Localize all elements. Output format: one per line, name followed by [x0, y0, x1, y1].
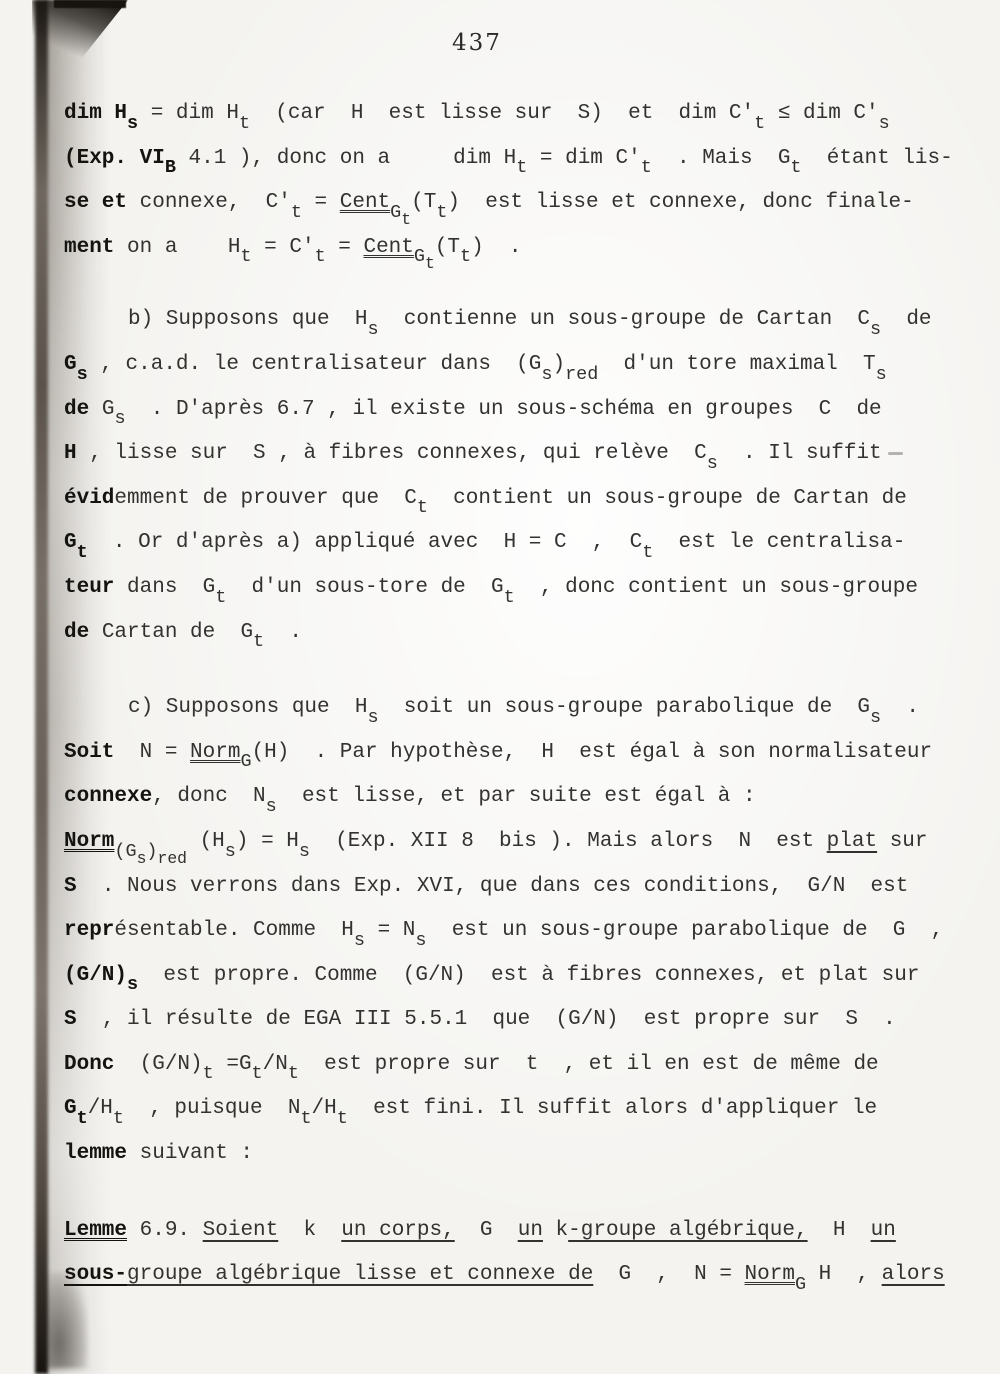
text-segment: =	[326, 236, 364, 259]
text-segment: .	[881, 696, 919, 719]
text-segment: sur	[877, 830, 927, 853]
text-segment: t	[315, 246, 326, 267]
text-segment: ) .	[471, 236, 521, 259]
text-segment: d'un sous-tore de G	[226, 576, 503, 599]
text-segment: . Il suffit	[718, 442, 882, 465]
text-segment: . Or d'après a) appliqué avec H = C , C	[88, 531, 643, 554]
text-segment: . Mais G	[652, 147, 791, 170]
text-segment: s	[354, 930, 365, 951]
text-segment: (G	[114, 841, 136, 862]
text-segment: Soient	[203, 1219, 279, 1242]
text-segment: =G	[214, 1053, 252, 1076]
text-segment: ≤ dim C'	[765, 102, 878, 125]
text-segment: est fini. Il suffit alors d'appliquer le	[348, 1097, 877, 1120]
text-segment: (G/N)	[64, 964, 127, 987]
text-segment: repr	[64, 919, 114, 942]
text-line: Lemme 6.9. Soient k un corps, G un k-gro…	[64, 1209, 980, 1254]
text-segment: Cartan de G	[89, 621, 253, 644]
text-segment: t	[291, 202, 302, 223]
text-segment: est lisse, et par suite est égal à :	[277, 785, 756, 808]
text-segment: B	[165, 157, 176, 178]
text-segment: t	[516, 157, 527, 178]
text-segment: = dim C'	[527, 147, 640, 170]
text-segment: b) Supposons que H	[128, 308, 367, 331]
text-line: se et connexe, C't = CentGt(Tt) est liss…	[64, 181, 980, 226]
text-segment: s	[266, 796, 277, 817]
text-line: dim Hs = dim Ht (car H est lisse sur S) …	[64, 92, 980, 137]
text-segment: (car H est lisse sur S) et dim C'	[250, 102, 754, 125]
text-segment: t	[401, 210, 411, 229]
text-segment: G	[414, 246, 425, 267]
text-segment: sous-	[64, 1263, 127, 1286]
text-segment: contient un sous-groupe de Cartan de	[428, 487, 907, 510]
text-segment: s	[541, 364, 552, 385]
text-segment: t	[252, 1063, 263, 1084]
text-segment: G	[390, 202, 401, 223]
text-segment: t	[203, 1063, 214, 1084]
text-line: représentable. Comme Hs = Ns est un sous…	[64, 909, 980, 954]
text-segment: t	[77, 1108, 88, 1129]
text-segment: un corps,	[341, 1219, 454, 1242]
text-line: de Cartan de Gt .	[64, 611, 980, 656]
text-segment: Lemme	[64, 1219, 127, 1242]
scan-shadow-top-bar	[54, 0, 126, 8]
text-segment: s	[367, 319, 378, 340]
text-segment: t	[253, 631, 264, 652]
text-segment: t	[239, 113, 250, 134]
text-line: Gt . Or d'après a) appliqué avec H = C ,…	[64, 521, 980, 566]
text-segment: t	[337, 1108, 348, 1129]
text-segment: H	[64, 442, 77, 465]
text-segment: évid	[64, 487, 114, 510]
text-segment: s	[127, 113, 138, 134]
text-segment: (T	[435, 236, 460, 259]
text-segment: . D'après 6.7 , il existe un sous-schéma…	[126, 398, 882, 421]
text-segment: S	[64, 1008, 77, 1031]
text-segment: teur	[64, 576, 114, 599]
text-segment: s	[299, 841, 310, 862]
text-segment: t	[754, 113, 765, 134]
text-segment: /N	[263, 1053, 288, 1076]
text-segment: Donc	[64, 1053, 114, 1076]
text-segment: t	[504, 587, 515, 608]
text-segment: -groupe algébrique,	[568, 1219, 807, 1242]
text-line: sous-groupe algébrique lisse et connexe …	[64, 1253, 980, 1298]
text-segment: (Exp. XII 8 bis ). Mais alors N est	[310, 830, 827, 853]
scan-shadow-top-wedge	[32, 0, 128, 58]
text-segment: , donc contient un sous-groupe	[515, 576, 918, 599]
text-line: H , lisse sur S , à fibres connexes, qui…	[64, 432, 980, 477]
text-segment: t	[460, 246, 471, 267]
text-line: évidemment de prouver que Ct contient un…	[64, 477, 980, 522]
text-segment: s	[367, 707, 378, 728]
text-segment: dans G	[114, 576, 215, 599]
text-segment: s	[870, 707, 881, 728]
text-segment: k	[278, 1219, 341, 1242]
text-segment: G	[455, 1219, 518, 1242]
text-segment: plat	[827, 830, 877, 853]
text-segment: G	[795, 1274, 806, 1295]
text-segment: contienne un sous-groupe de Cartan C	[379, 308, 870, 331]
text-segment: Cent	[363, 236, 413, 259]
text-segment: 6.9.	[127, 1219, 203, 1242]
text-segment: s	[114, 408, 125, 429]
text-segment: c) Supposons que H	[128, 696, 367, 719]
page-text: dim Hs = dim Ht (car H est lisse sur S) …	[64, 92, 980, 1298]
text-segment: ésentable. Comme H	[114, 919, 353, 942]
text-segment: ment	[64, 236, 114, 259]
text-segment: Norm	[745, 1263, 795, 1286]
text-segment: (T	[411, 191, 436, 214]
text-segment: de	[64, 398, 89, 421]
text-segment: s	[137, 849, 147, 868]
text-segment: , donc N	[152, 785, 265, 808]
text-segment: on a H	[114, 236, 240, 259]
text-segment: de	[881, 308, 931, 331]
text-line: S . Nous verrons dans Exp. XVI, que dans…	[64, 865, 980, 910]
text-segment: s	[870, 319, 881, 340]
text-segment: G , N =	[593, 1263, 744, 1286]
text-segment: red	[158, 849, 187, 868]
text-segment: t	[642, 542, 653, 563]
text-segment: dim H	[64, 102, 127, 125]
text-segment: = C'	[252, 236, 315, 259]
text-segment: H	[808, 1219, 871, 1242]
text-line: S , il résulte de EGA III 5.5.1 que (G/N…	[64, 998, 980, 1043]
text-segment: un	[871, 1219, 896, 1242]
text-segment: G	[89, 398, 114, 421]
text-segment: suivant :	[127, 1142, 253, 1165]
text-segment: , puisque N	[124, 1097, 300, 1120]
text-segment: , lisse sur S , à fibres connexes, qui r…	[77, 442, 707, 465]
text-line: teur dans Gt d'un sous-tore de Gt , donc…	[64, 566, 980, 611]
scanned-paper-page: 437 dim Hs = dim Ht (car H est lisse sur…	[0, 0, 1000, 1374]
text-line: Norm(Gs)red (Hs) = Hs (Exp. XII 8 bis ).…	[64, 820, 980, 865]
text-segment: G	[64, 353, 77, 376]
text-segment: k	[543, 1219, 568, 1242]
text-segment: Norm	[64, 830, 114, 853]
text-segment: un	[518, 1219, 543, 1242]
text-line: Gt/Ht , puisque Nt/Ht est fini. Il suffi…	[64, 1087, 980, 1132]
text-segment: t	[113, 1108, 124, 1129]
text-segment: s	[707, 453, 718, 474]
text-segment: , il résulte de EGA III 5.5.1 que (G/N) …	[77, 1008, 896, 1031]
text-segment: s	[77, 364, 88, 385]
text-segment: s	[225, 841, 236, 862]
text-segment: = N	[365, 919, 415, 942]
text-segment: t	[240, 246, 251, 267]
text-line: connexe, donc Ns est lisse, et par suite…	[64, 775, 980, 820]
text-segment: d'un tore maximal T	[598, 353, 875, 376]
text-segment: N =	[114, 741, 190, 764]
text-line: lemme suivant :	[64, 1132, 980, 1177]
text-segment: s	[879, 113, 890, 134]
text-segment: t	[425, 254, 435, 273]
text-segment: est propre. Comme (G/N) est à fibres con…	[138, 964, 919, 987]
text-segment: s	[415, 930, 426, 951]
text-segment: Cent	[340, 191, 390, 214]
text-line: (G/N)s est propre. Comme (G/N) est à fib…	[64, 954, 980, 999]
text-segment: alors	[882, 1263, 945, 1286]
text-segment: )	[146, 841, 157, 862]
text-segment: soit un sous-groupe parabolique de G	[379, 696, 870, 719]
text-segment: emment de prouver que C	[114, 487, 416, 510]
text-segment: t	[436, 202, 447, 223]
text-segment: lemme	[64, 1142, 127, 1165]
text-segment: . Nous verrons dans Exp. XVI, que dans c…	[77, 875, 909, 898]
text-line: ment on a Ht = C't = CentGt(Tt) .	[64, 226, 980, 271]
text-segment: 4.1 ), donc on a dim H	[176, 147, 516, 170]
text-segment: Soit	[64, 741, 114, 764]
text-segment: G	[64, 531, 77, 554]
text-segment: ) est lisse et connexe, donc finale-	[447, 191, 913, 214]
text-line: Donc (G/N)t =Gt/Nt est propre sur t , et…	[64, 1043, 980, 1088]
text-segment: connexe, C'	[127, 191, 291, 214]
text-segment: de	[64, 621, 89, 644]
text-segment: s	[127, 974, 138, 995]
text-segment: s	[876, 364, 887, 385]
text-segment: /H	[312, 1097, 337, 1120]
text-segment: )	[552, 353, 565, 376]
text-segment: (G/N)	[114, 1053, 202, 1076]
text-segment: est un sous-groupe parabolique de G ,	[426, 919, 943, 942]
text-segment: =	[302, 191, 340, 214]
text-segment: t	[77, 542, 88, 563]
text-segment: t	[790, 157, 801, 178]
text-segment: est propre sur t , et il en est de même …	[299, 1053, 879, 1076]
text-segment: (H) . Par hypothèse, H est égal à son no…	[252, 741, 933, 764]
text-segment: (Exp. VI	[64, 147, 165, 170]
text-segment: connexe	[64, 785, 152, 808]
text-segment: t	[641, 157, 652, 178]
text-segment: t	[300, 1108, 311, 1129]
text-line: Soit N = NormG(H) . Par hypothèse, H est…	[64, 731, 980, 776]
text-segment: H ,	[806, 1263, 882, 1286]
text-segment: t	[417, 497, 428, 518]
text-line: b) Supposons que Hs contienne un sous-gr…	[64, 298, 980, 343]
text-segment: ) = H	[236, 830, 299, 853]
text-segment: S	[64, 875, 77, 898]
text-segment: , c.a.d. le centralisateur dans (G	[88, 353, 542, 376]
text-segment: (H	[187, 830, 225, 853]
text-segment: t	[215, 587, 226, 608]
text-segment: groupe algébrique lisse et connexe de	[127, 1263, 593, 1286]
text-segment: étant lis-	[802, 147, 953, 170]
text-segment: = dim H	[138, 102, 239, 125]
text-line: (Exp. VIB 4.1 ), donc on a dim Ht = dim …	[64, 137, 980, 182]
text-segment: Norm	[190, 741, 240, 764]
text-line: c) Supposons que Hs soit un sous-groupe …	[64, 686, 980, 731]
text-segment: se et	[64, 191, 127, 214]
text-segment: red	[565, 364, 598, 385]
scan-shadow-left-core	[35, 0, 48, 1374]
text-segment: G	[64, 1097, 77, 1120]
text-line: de Gs . D'après 6.7 , il existe un sous-…	[64, 388, 980, 433]
text-segment: G	[240, 751, 251, 772]
text-segment: t	[288, 1063, 299, 1084]
text-segment: /H	[88, 1097, 113, 1120]
text-line: Gs , c.a.d. le centralisateur dans (Gs)r…	[64, 343, 980, 388]
page-number: 437	[452, 30, 502, 56]
text-segment: .	[264, 621, 302, 644]
text-segment: est le centralisa-	[653, 531, 905, 554]
